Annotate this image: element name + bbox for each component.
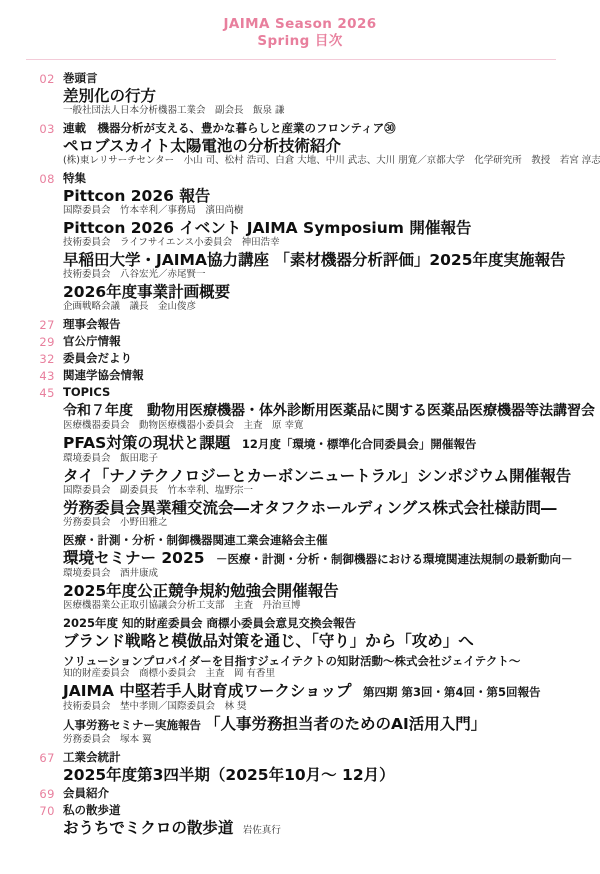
text-segment: 岩佐真行 bbox=[233, 825, 281, 836]
toc-page: JAIMA Season 2026 Spring 目次 02巻頭言差別化の行方一… bbox=[0, 0, 600, 874]
page-number: 67 bbox=[0, 751, 55, 765]
entry-content: 工業会統計2025年度第3四半期（2025年10月～ 12月） bbox=[63, 751, 590, 784]
entry-title: 労務委員会異業種交流会―オタフクホールディングス株式会社様訪問― bbox=[63, 499, 590, 517]
page-number: 43 bbox=[0, 369, 55, 383]
entry-title: 差別化の行方 bbox=[63, 87, 590, 105]
entry-content: 連載 機器分析が支える、豊かな暮らしと産業のフロンティア㉚ペロブスカイト太陽電池… bbox=[63, 122, 590, 169]
page-number: 70 bbox=[0, 804, 55, 818]
text-segment: 労務委員会 塚本 翼 bbox=[63, 734, 152, 745]
entry-content: 理事会報告 bbox=[63, 318, 590, 332]
entry-content: 特集Pittcon 2026 報告国際委員会 竹本幸利／事務局 濱田尚樹Pitt… bbox=[63, 172, 590, 315]
toc-entry: 70私の散歩道おうちでミクロの散歩道 岩佐真行 bbox=[0, 804, 590, 840]
entry-title: 早稲田大学・JAIMA協力講座 「素材機器分析評価」2025年度実施報告 bbox=[63, 251, 590, 269]
text-segment: 「人事労務担当者のためのAI活用入門」 bbox=[205, 715, 486, 733]
text-segment: 環境委員会 飯田聡子 bbox=[63, 453, 158, 464]
entry-content: 官公庁情報 bbox=[63, 335, 590, 349]
text-segment: 人事労務セミナー実施報告 bbox=[63, 718, 205, 732]
entry-author: 技術委員会 ライフサイエンス小委員会 神田浩幸 bbox=[63, 237, 590, 249]
entry-label: 連載 機器分析が支える、豊かな暮らしと産業のフロンティア㉚ bbox=[63, 122, 590, 135]
text-segment: 差別化の行方 bbox=[63, 87, 156, 105]
text-segment: 労務委員会異業種交流会―オタフクホールディングス株式会社様訪問― bbox=[63, 499, 557, 517]
header-divider bbox=[26, 59, 556, 60]
entry-author: 労務委員会 小野田雅之 bbox=[63, 517, 590, 529]
entry-author: 環境委員会 飯田聡子 bbox=[63, 453, 590, 465]
toc-entry: 02巻頭言差別化の行方一般社団法人日本分析機器工業会 副会長 飯泉 謙 bbox=[0, 72, 590, 119]
entry-sub: ソリューションプロバイダーを目指すジェイテクトの知財活動～株式会社ジェイテクト～ bbox=[63, 653, 590, 668]
text-segment: 労務委員会 小野田雅之 bbox=[63, 517, 168, 528]
text-segment: 一般社団法人日本分析機器工業会 副会長 飯泉 謙 bbox=[63, 105, 285, 116]
entry-title: JAIMA 中堅若手人財育成ワークショップ 第四期 第3回・第4回・第5回報告 bbox=[63, 682, 590, 701]
text-segment: 委員会だより bbox=[63, 351, 132, 365]
entry-title: PFAS対策の現状と課題 12月度「環境・標準化合同委員会」開催報告 bbox=[63, 434, 590, 453]
entry-label: 会員紹介 bbox=[63, 787, 590, 800]
text-segment: 国際委員会 副委員長 竹本幸利、塩野宗一 bbox=[63, 485, 253, 496]
text-segment: 技術委員会 ライフサイエンス小委員会 神田浩幸 bbox=[63, 237, 280, 248]
entry-title: おうちでミクロの散歩道 岩佐真行 bbox=[63, 819, 590, 840]
toc-entry: 29官公庁情報 bbox=[0, 335, 590, 349]
entry-title: ブランド戦略と模倣品対策を通じ、「守り」から「攻め」へ bbox=[63, 632, 590, 650]
text-segment: 医療機器委員会 動物医療機器小委員会 主査 原 幸寛 bbox=[63, 420, 304, 431]
toc-entry: 67工業会統計2025年度第3四半期（2025年10月～ 12月） bbox=[0, 751, 590, 784]
entry-author: 国際委員会 竹本幸利／事務局 濱田尚樹 bbox=[63, 205, 590, 217]
text-segment: Pittcon 2026 イベント JAIMA Symposium 開催報告 bbox=[63, 219, 471, 237]
entry-label: 理事会報告 bbox=[63, 318, 590, 331]
text-segment: 環境セミナー 2025 bbox=[63, 549, 205, 567]
entry-author: 技術委員会 埜中孝則／国際委員会 林 奨 bbox=[63, 701, 590, 713]
entry-author: 一般社団法人日本分析機器工業会 副会長 飯泉 謙 bbox=[63, 105, 590, 117]
text-segment: 環境委員会 酒井康成 bbox=[63, 568, 158, 579]
entry-title: 人事労務セミナー実施報告 「人事労務担当者のためのAI活用入門」 bbox=[63, 715, 590, 734]
entry-label: TOPICS bbox=[63, 386, 590, 399]
entry-content: TOPICS令和７年度 動物用医療機器・体外診断用医薬品に関する医薬品医療機器等… bbox=[63, 386, 590, 748]
page-number: 45 bbox=[0, 386, 55, 400]
entry-title: タイ「ナノテクノロジーとカーボンニュートラル」シンポジウム開催報告 bbox=[63, 467, 590, 485]
text-segment: 2025年度第3四半期（2025年10月～ 12月） bbox=[63, 766, 395, 784]
entry-author: (株)東レリサーチセンター 小山 司、松村 浩司、白倉 大地、中川 武志、大川 … bbox=[63, 155, 590, 167]
text-segment: 私の散歩道 bbox=[63, 803, 121, 817]
entry-title: 令和７年度 動物用医療機器・体外診断用医薬品に関する医薬品医療機器等法講習会 bbox=[63, 401, 590, 420]
toc-entry: 45TOPICS令和７年度 動物用医療機器・体外診断用医薬品に関する医薬品医療機… bbox=[0, 386, 590, 748]
toc-entry: 27理事会報告 bbox=[0, 318, 590, 332]
page-number: 32 bbox=[0, 352, 55, 366]
text-segment: タイ「ナノテクノロジーとカーボンニュートラル」シンポジウム開催報告 bbox=[63, 467, 571, 485]
magazine-header: JAIMA Season 2026 Spring 目次 bbox=[0, 0, 600, 50]
text-segment: 技術委員会 八谷宏光／赤尾賢一 bbox=[63, 269, 206, 280]
entry-author: 環境委員会 酒井康成 bbox=[63, 568, 590, 580]
text-segment: 連載 機器分析が支える、豊かな暮らしと産業のフロンティア㉚ bbox=[63, 121, 396, 135]
text-segment: 第四期 第3回・第4回・第5回報告 bbox=[352, 685, 541, 699]
toc-list: 02巻頭言差別化の行方一般社団法人日本分析機器工業会 副会長 飯泉 謙03連載 … bbox=[0, 72, 600, 840]
text-segment: 技術委員会 埜中孝則／国際委員会 林 奨 bbox=[63, 701, 247, 712]
page-number: 08 bbox=[0, 172, 55, 186]
text-segment: 2026年度事業計画概要 bbox=[63, 283, 230, 301]
text-segment: TOPICS bbox=[63, 385, 110, 399]
entry-content: 関連学協会情報 bbox=[63, 369, 590, 383]
toc-entry: 43関連学協会情報 bbox=[0, 369, 590, 383]
text-segment: 12月度「環境・標準化合同委員会」開催報告 bbox=[230, 437, 476, 451]
text-segment: 企画戦略会議 議長 金山俊彦 bbox=[63, 301, 196, 312]
entry-label: 私の散歩道 bbox=[63, 804, 590, 817]
entry-content: 委員会だより bbox=[63, 352, 590, 366]
entry-title: ペロブスカイト太陽電池の分析技術紹介 bbox=[63, 137, 590, 155]
text-segment: 特集 bbox=[63, 171, 86, 185]
entry-label: 官公庁情報 bbox=[63, 335, 590, 348]
text-segment: PFAS対策の現状と課題 bbox=[63, 434, 230, 452]
text-segment: 関連学協会情報 bbox=[63, 368, 144, 382]
entry-content: 私の散歩道おうちでミクロの散歩道 岩佐真行 bbox=[63, 804, 590, 840]
text-segment: ペロブスカイト太陽電池の分析技術紹介 bbox=[63, 137, 341, 155]
text-segment: 令和７年度 動物用医療機器・体外診断用医薬品に関する医薬品医療機器等法講習会 bbox=[63, 403, 595, 419]
entry-author: 技術委員会 八谷宏光／赤尾賢一 bbox=[63, 269, 590, 281]
text-segment: JAIMA 中堅若手人財育成ワークショップ bbox=[63, 682, 352, 700]
page-number: 29 bbox=[0, 335, 55, 349]
entry-title: 2025年度公正競争規約勉強会開催報告 bbox=[63, 582, 590, 600]
page-number: 69 bbox=[0, 787, 55, 801]
entry-author: 医療機器業公正取引協議会分析工支部 主査 丹治亘博 bbox=[63, 600, 590, 612]
toc-entry: 32委員会だより bbox=[0, 352, 590, 366]
entry-title: 環境セミナー 2025 －医療・計測・分析・制御機器における環境関連法規制の最新… bbox=[63, 549, 590, 568]
toc-entry: 03連載 機器分析が支える、豊かな暮らしと産業のフロンティア㉚ペロブスカイト太陽… bbox=[0, 122, 590, 169]
entry-author: 知的財産委員会 商標小委員会 主査 岡 有香里 bbox=[63, 668, 590, 680]
entry-content: 巻頭言差別化の行方一般社団法人日本分析機器工業会 副会長 飯泉 謙 bbox=[63, 72, 590, 119]
text-segment: 国際委員会 竹本幸利／事務局 濱田尚樹 bbox=[63, 205, 244, 216]
page-number: 03 bbox=[0, 122, 55, 136]
entry-label: 工業会統計 bbox=[63, 751, 590, 764]
entry-sub: 医療・計測・分析・制御機器関連工業会連絡会主催 bbox=[63, 532, 590, 547]
page-number: 02 bbox=[0, 72, 55, 86]
entry-title: Pittcon 2026 報告 bbox=[63, 187, 590, 205]
text-segment: Pittcon 2026 報告 bbox=[63, 187, 210, 205]
text-segment: 会員紹介 bbox=[63, 786, 109, 800]
text-segment: 早稲田大学・JAIMA協力講座 「素材機器分析評価」2025年度実施報告 bbox=[63, 251, 566, 269]
entry-title: Pittcon 2026 イベント JAIMA Symposium 開催報告 bbox=[63, 219, 590, 237]
text-segment: 医療・計測・分析・制御機器関連工業会連絡会主催 bbox=[63, 533, 328, 547]
entry-author: 医療機器委員会 動物医療機器小委員会 主査 原 幸寛 bbox=[63, 420, 590, 432]
toc-entry: 69会員紹介 bbox=[0, 787, 590, 801]
text-segment: (株)東レリサーチセンター 小山 司、松村 浩司、白倉 大地、中川 武志、大川 … bbox=[63, 155, 600, 166]
text-segment: 巻頭言 bbox=[63, 71, 98, 85]
entry-title: 2025年度第3四半期（2025年10月～ 12月） bbox=[63, 766, 590, 784]
entry-author: 労務委員会 塚本 翼 bbox=[63, 734, 590, 746]
entry-sub: 2025年度 知的財産委員会 商標小委員会意見交換会報告 bbox=[63, 615, 590, 630]
entry-author: 国際委員会 副委員長 竹本幸利、塩野宗一 bbox=[63, 485, 590, 497]
entry-label: 特集 bbox=[63, 172, 590, 185]
magazine-title-line2: Spring 目次 bbox=[0, 33, 600, 50]
entry-content: 会員紹介 bbox=[63, 787, 590, 801]
entry-author: 企画戦略会議 議長 金山俊彦 bbox=[63, 301, 590, 313]
text-segment: 2025年度 知的財産委員会 商標小委員会意見交換会報告 bbox=[63, 616, 356, 630]
text-segment: －医療・計測・分析・制御機器における環境関連法規制の最新動向－ bbox=[205, 552, 573, 566]
entry-label: 巻頭言 bbox=[63, 72, 590, 85]
toc-entry: 08特集Pittcon 2026 報告国際委員会 竹本幸利／事務局 濱田尚樹Pi… bbox=[0, 172, 590, 315]
text-segment: 官公庁情報 bbox=[63, 334, 121, 348]
text-segment: 医療機器業公正取引協議会分析工支部 主査 丹治亘博 bbox=[63, 600, 301, 611]
entry-label: 関連学協会情報 bbox=[63, 369, 590, 382]
entry-label: 委員会だより bbox=[63, 352, 590, 365]
text-segment: ブランド戦略と模倣品対策を通じ、「守り」から「攻め」へ bbox=[63, 632, 474, 650]
text-segment: 2025年度公正競争規約勉強会開催報告 bbox=[63, 582, 339, 600]
entry-title: 2026年度事業計画概要 bbox=[63, 283, 590, 301]
text-segment: 工業会統計 bbox=[63, 750, 121, 764]
text-segment: おうちでミクロの散歩道 bbox=[63, 819, 233, 837]
text-segment: 知的財産委員会 商標小委員会 主査 岡 有香里 bbox=[63, 668, 275, 679]
text-segment: 理事会報告 bbox=[63, 317, 121, 331]
page-number: 27 bbox=[0, 318, 55, 332]
text-segment: ソリューションプロバイダーを目指すジェイテクトの知財活動～株式会社ジェイテクト～ bbox=[63, 654, 520, 668]
magazine-title-line1: JAIMA Season 2026 bbox=[0, 16, 600, 33]
